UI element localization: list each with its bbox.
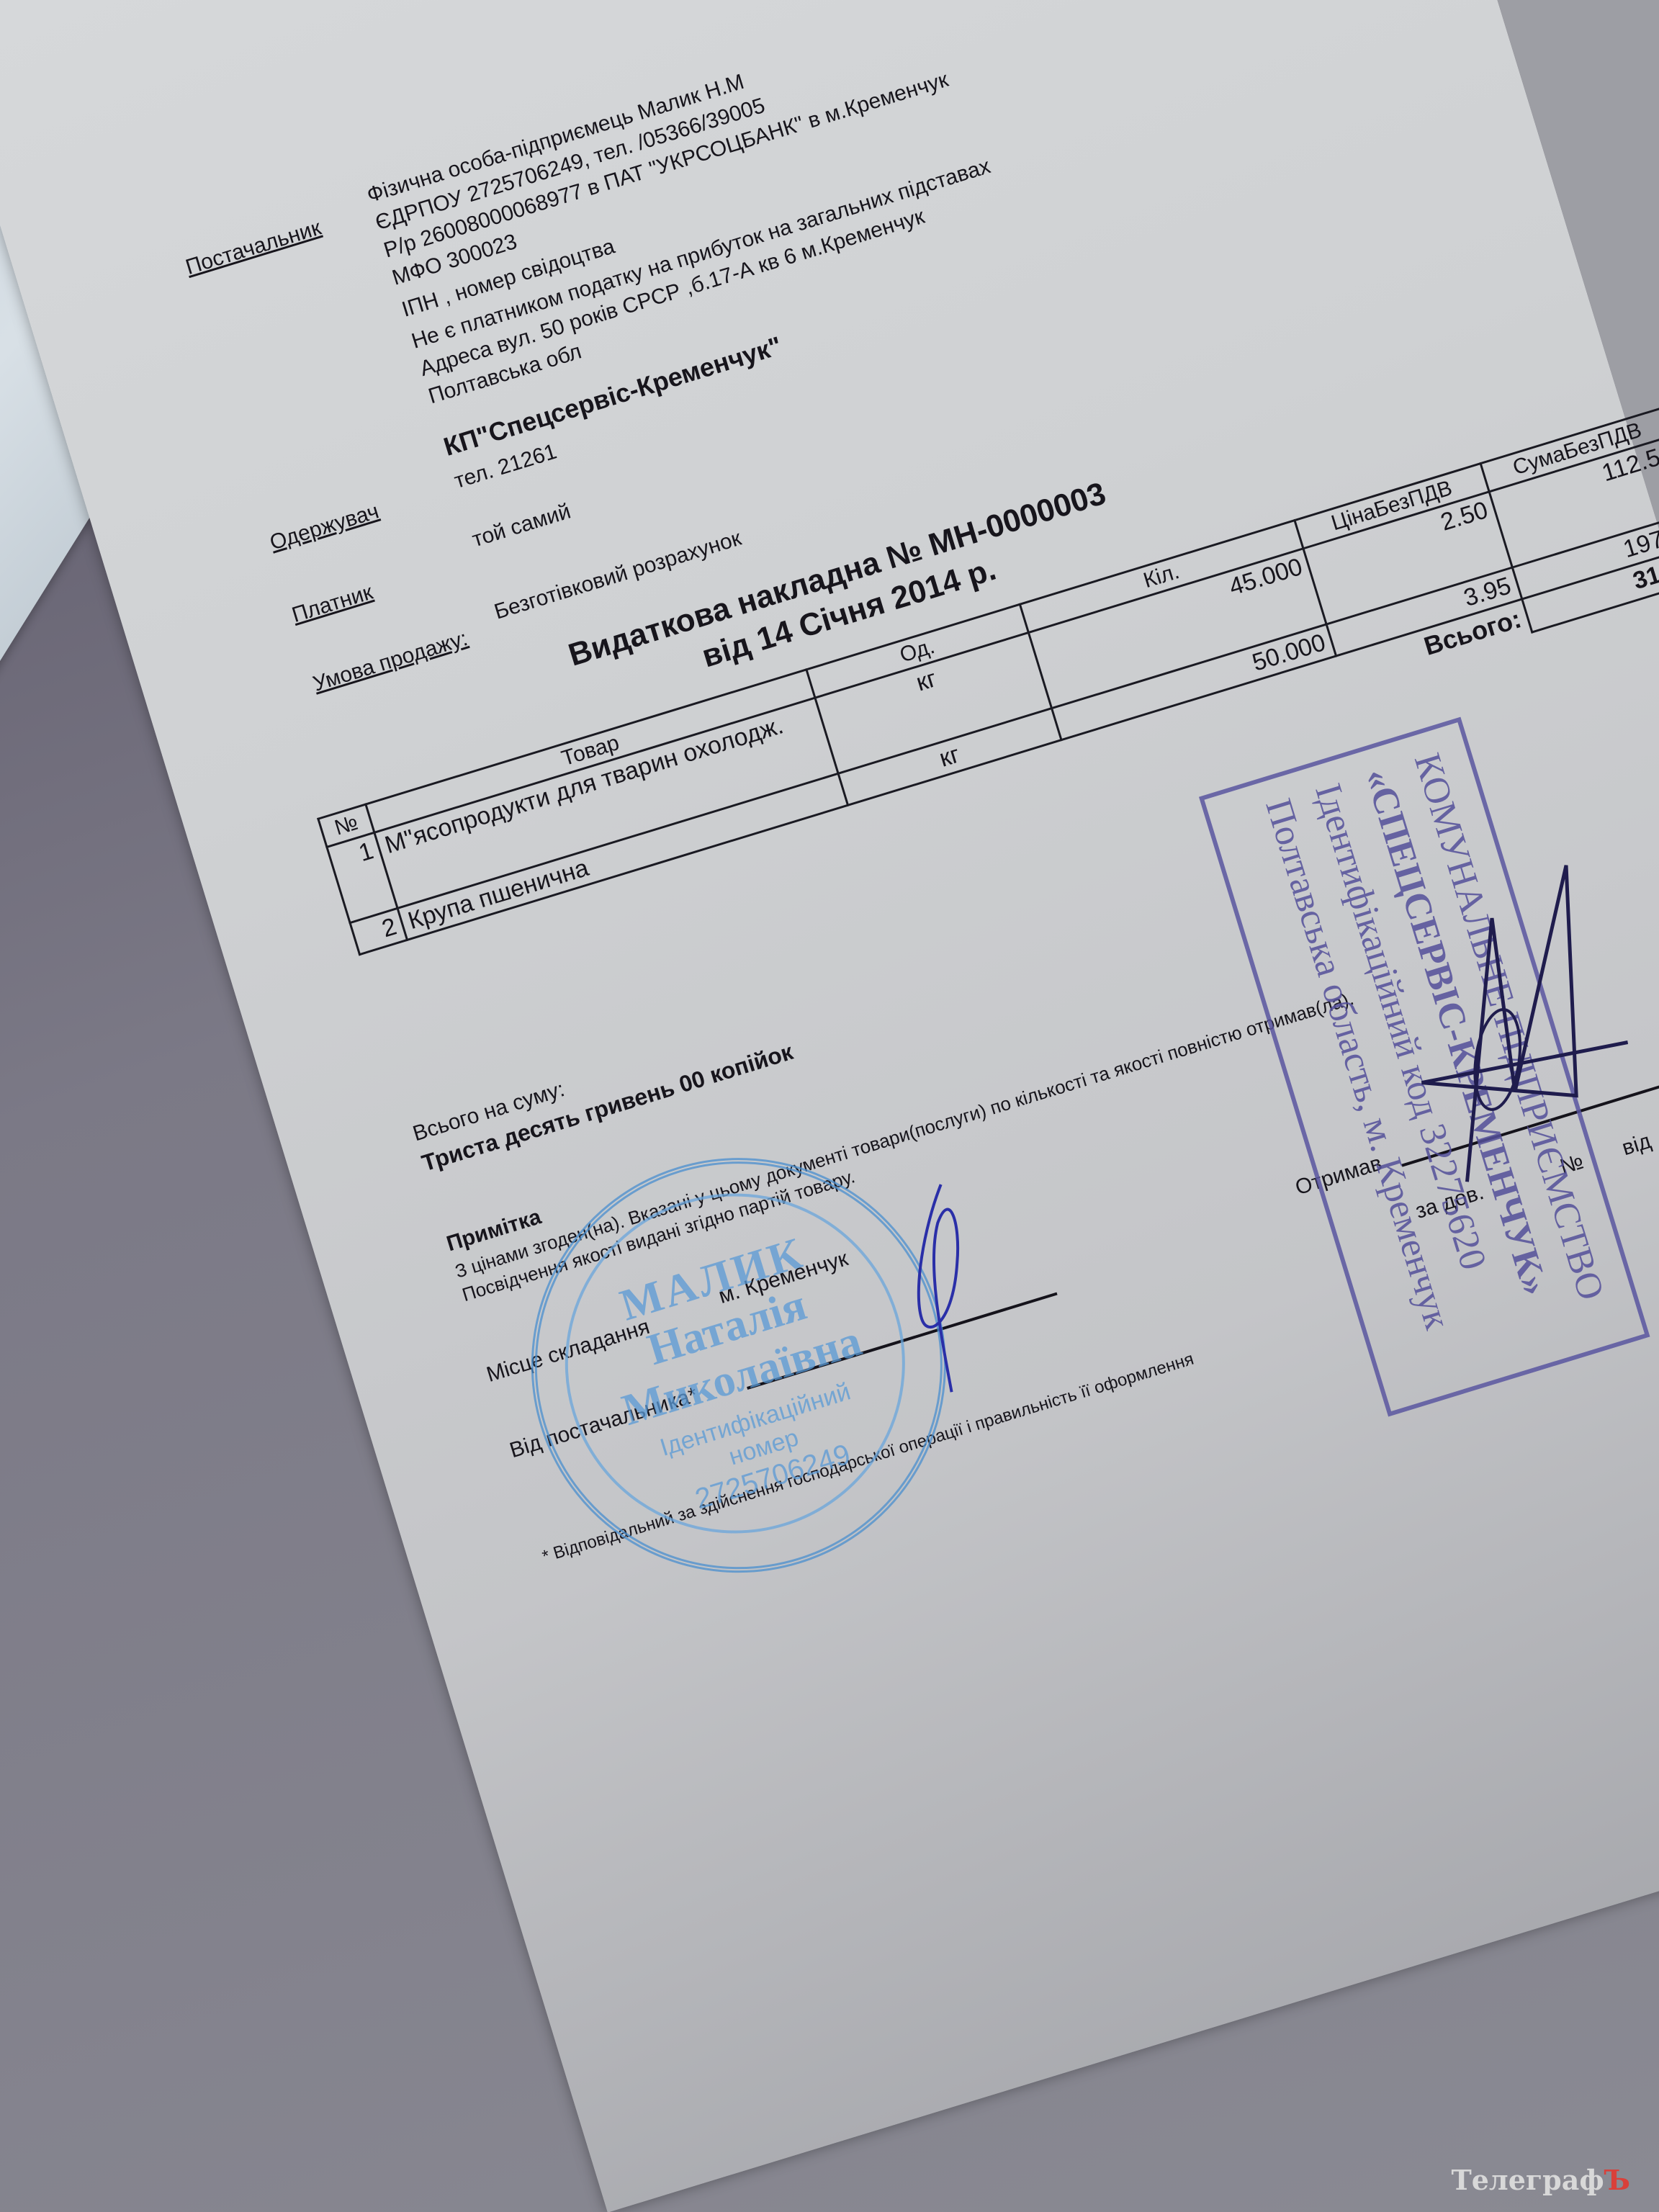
- supplier-details: Фізична особа-підприємець Малик Н.М ЄДРП…: [364, 6, 1011, 412]
- recipient-label: Одержувач: [267, 499, 382, 555]
- invoice-content: Постачальник Фізична особа-підприємець М…: [0, 0, 1659, 2212]
- payer-value: той самий: [469, 498, 575, 554]
- watermark-logo: ТелеграфЪ: [1451, 2164, 1630, 2196]
- sale-terms-label: Умова продажу:: [310, 626, 471, 697]
- watermark-main: Телеграф: [1451, 2164, 1604, 2196]
- watermark-suffix: Ъ: [1604, 2164, 1630, 2196]
- supplier-label: Постачальник: [183, 216, 324, 280]
- payer-label: Платник: [289, 580, 376, 628]
- invoice-sheet: Постачальник Фізична особа-підприємець М…: [0, 0, 1659, 2212]
